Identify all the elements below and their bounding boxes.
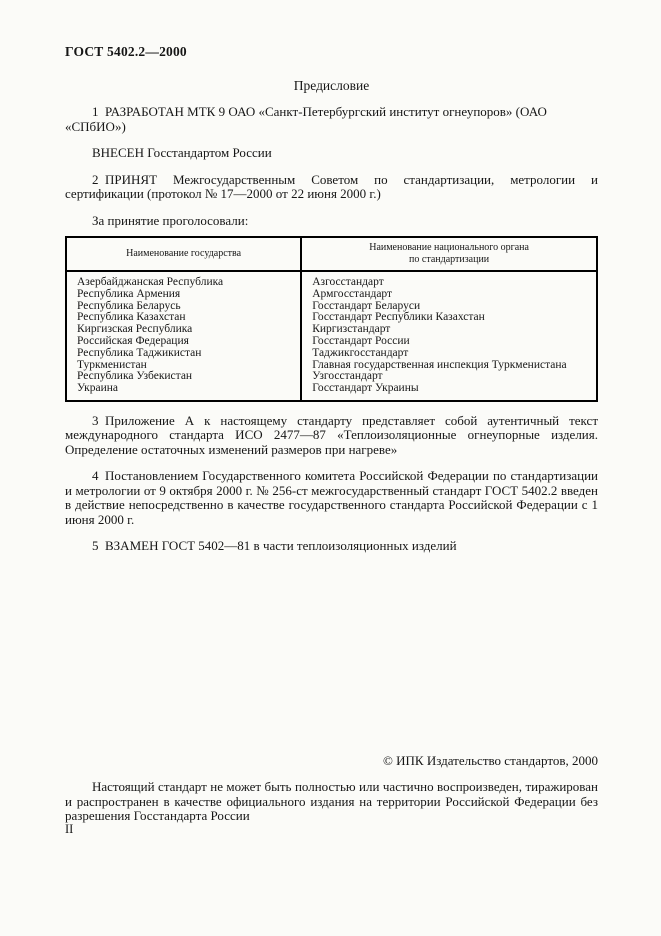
header-org-line1: Наименование национального органа (369, 242, 529, 253)
vote-table-row: Украина Госстандарт Украины (66, 383, 597, 401)
vote-table-row: Российская Федерация Госстандарт России (66, 336, 597, 348)
header-state-label: Наименование государства (126, 248, 241, 259)
org-cell: Армгосстандарт (301, 289, 597, 301)
org-cell: Таджикгосстандарт (301, 348, 597, 360)
preface-item-2-adopted: 2 ПРИНЯТ Межгосударственным Советом по с… (65, 173, 598, 202)
state-cell: Украина (66, 383, 301, 401)
state-cell: Азербайджанская Республика (66, 271, 301, 289)
preface-item-1-developed: 1 РАЗРАБОТАН МТК 9 ОАО «Санкт-Петербургс… (65, 105, 598, 134)
vote-intro: За принятие проголосовали: (65, 214, 598, 229)
vote-table-row: Республика Армения Армгосстандарт (66, 289, 597, 301)
document-code: ГОСТ 5402.2—2000 (65, 45, 598, 59)
preface-item-3-annex: 3 Приложение А к настоящему стандарту пр… (65, 414, 598, 458)
section-title: Предисловие (65, 79, 598, 93)
vote-table-header-state: Наименование государства (66, 237, 301, 271)
vote-table-row: Республика Таджикистан Таджикгосстандарт (66, 348, 597, 360)
vote-table-header-row: Наименование государства Наименование на… (66, 237, 597, 271)
preface-item-1-submitted: ВНЕСЕН Госстандартом России (65, 146, 598, 161)
document-page: ГОСТ 5402.2—2000 Предисловие 1 РАЗРАБОТА… (0, 0, 661, 936)
header-org-line2: по стандартизации (409, 254, 489, 265)
org-cell: Госстандарт Украины (301, 383, 597, 401)
org-cell: Азгосстандарт (301, 271, 597, 289)
org-cell: Госстандарт России (301, 336, 597, 348)
state-cell: Российская Федерация (66, 336, 301, 348)
copyright-notice: © ИПК Издательство стандартов, 2000 (383, 754, 598, 769)
vote-table-header-org: Наименование национального органа по ста… (301, 237, 597, 271)
vote-table: Наименование государства Наименование на… (65, 236, 598, 402)
reproduction-restriction: Настоящий стандарт не может быть полност… (65, 780, 598, 824)
page-number: II (65, 822, 73, 836)
vote-table-row: Азербайджанская Республика Азгосстандарт (66, 271, 597, 289)
preface-item-4-decree: 4 Постановлением Государственного комите… (65, 469, 598, 527)
state-cell: Республика Армения (66, 289, 301, 301)
state-cell: Республика Таджикистан (66, 348, 301, 360)
preface-item-5-replaces: 5 ВЗАМЕН ГОСТ 5402—81 в части теплоизоля… (65, 539, 598, 554)
